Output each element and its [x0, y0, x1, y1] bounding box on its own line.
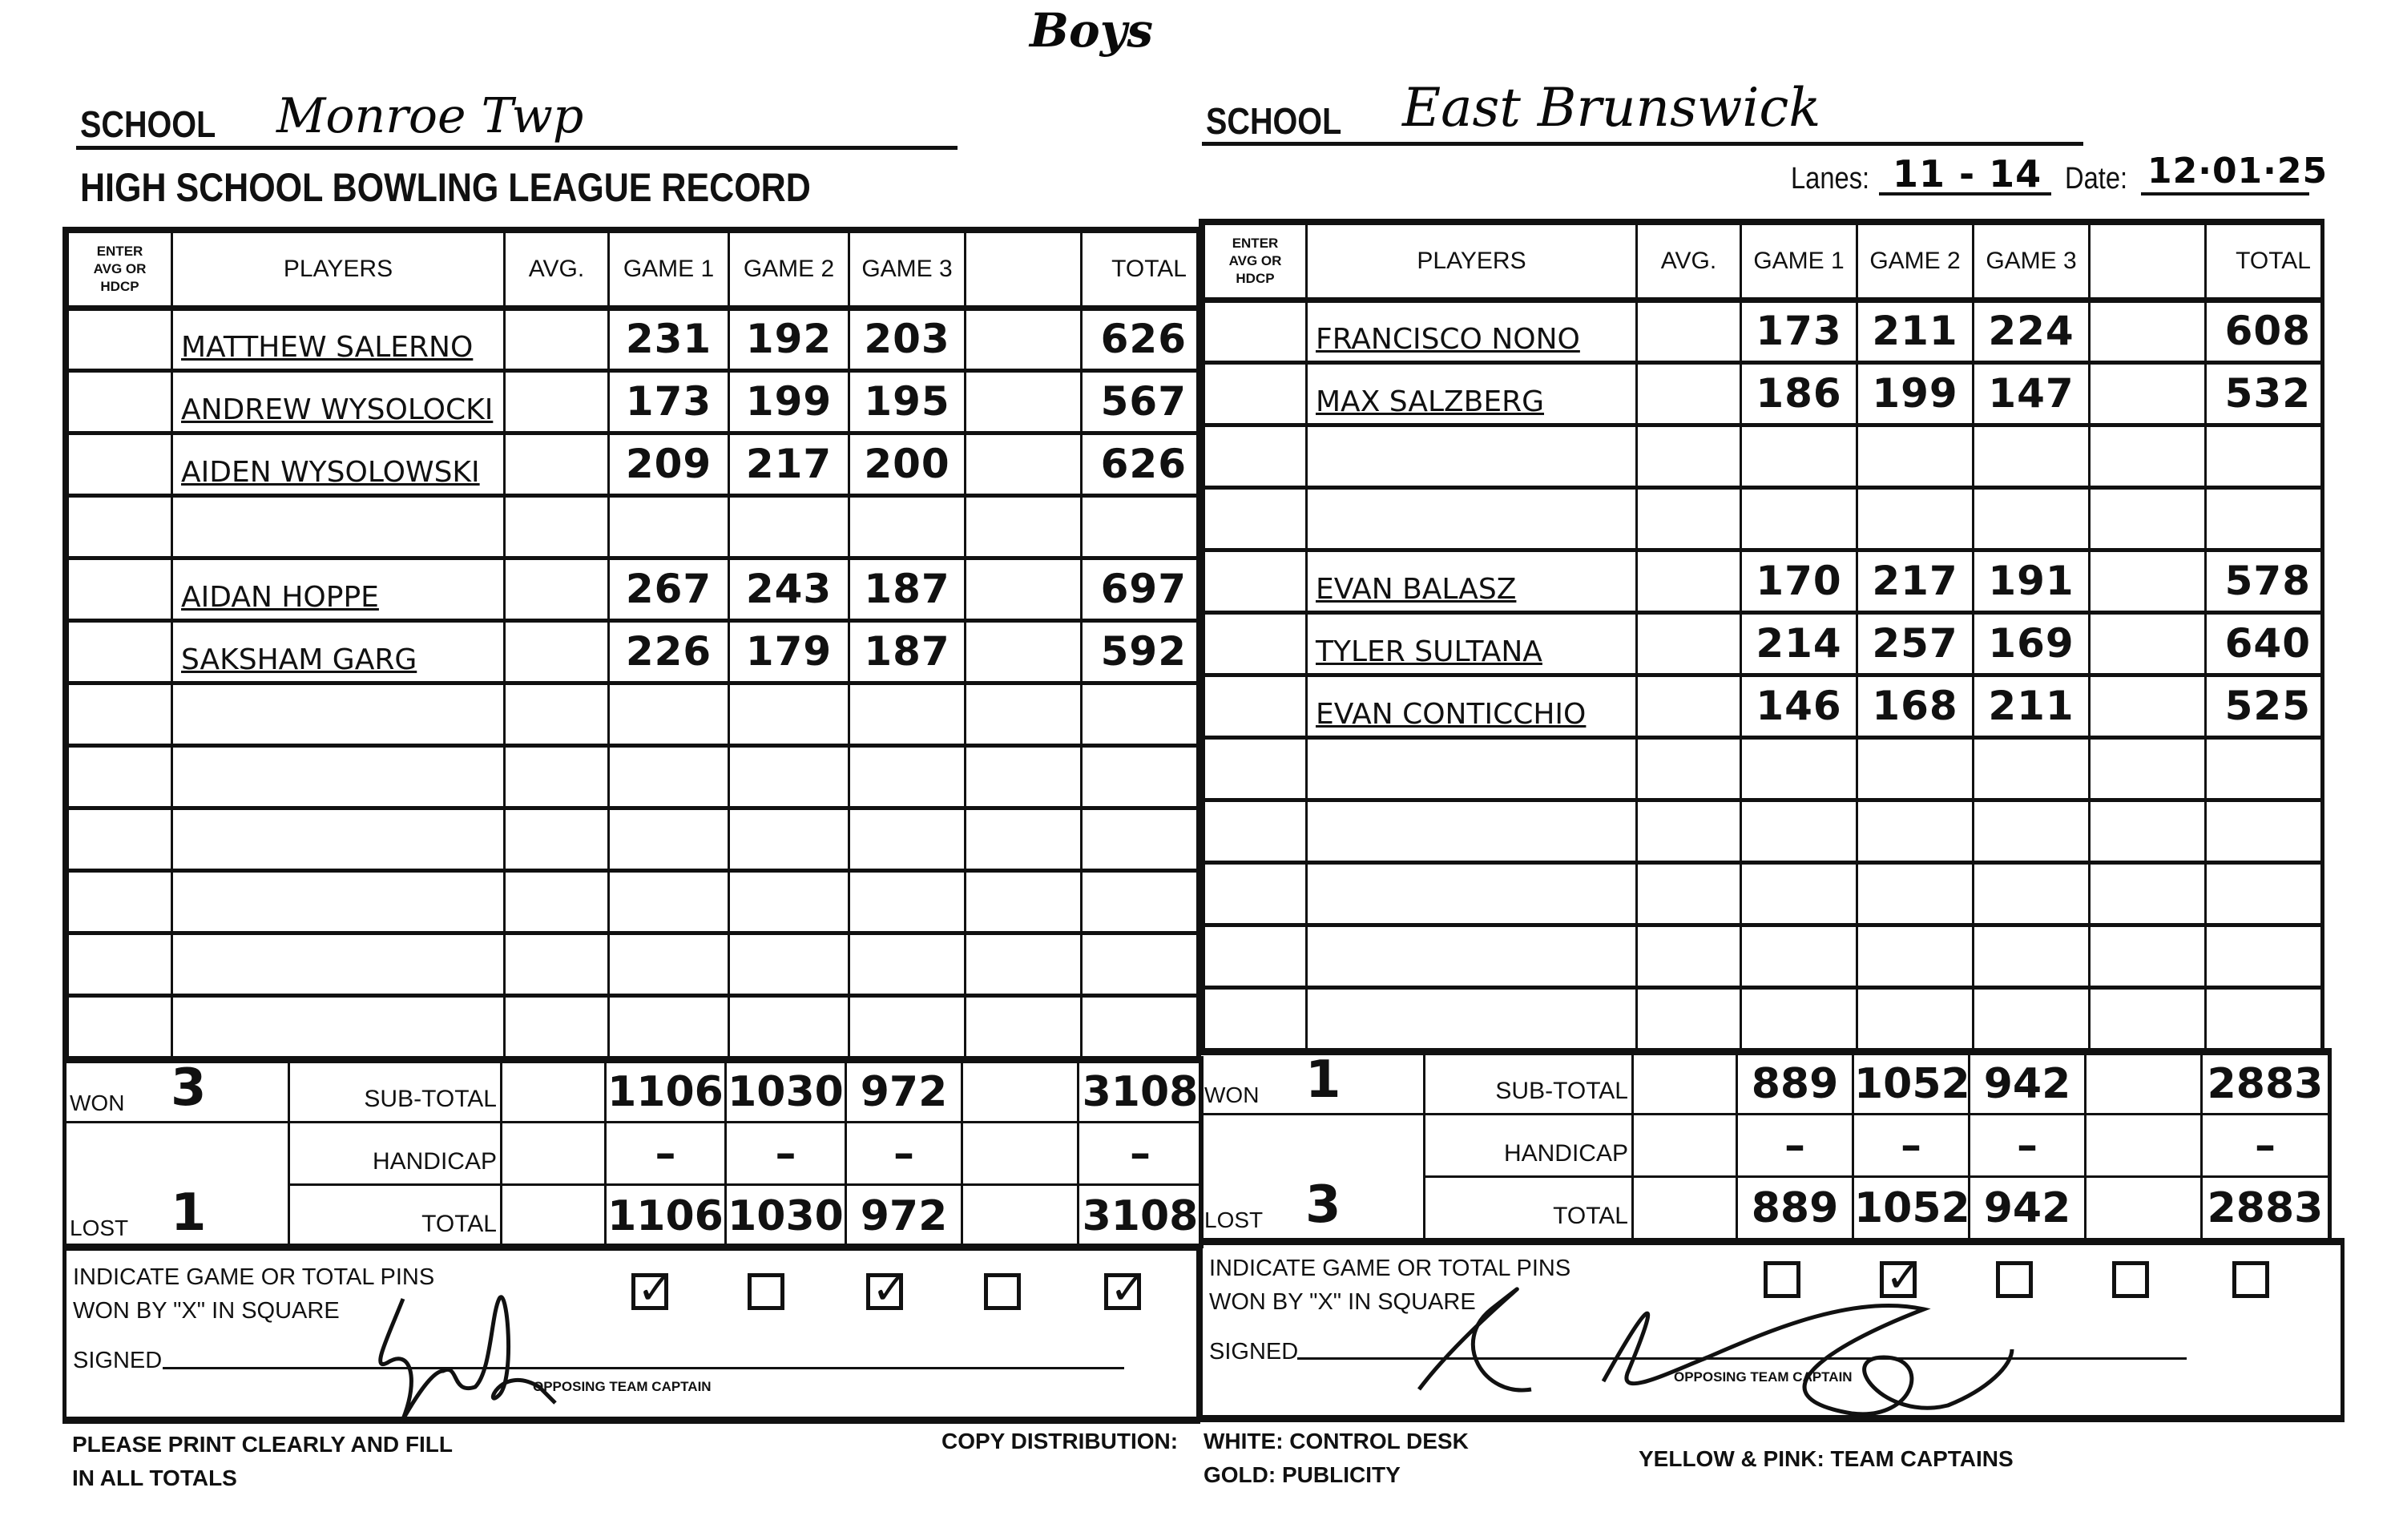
check-mark-icon: ✓ — [1885, 1256, 1921, 1299]
won-checkbox[interactable]: ✓ — [1880, 1261, 1917, 1298]
player-name[interactable] — [1307, 425, 1637, 488]
player-game1[interactable] — [1741, 988, 1857, 1050]
total-avg — [502, 1185, 606, 1248]
won-checkbox[interactable]: ✓ — [866, 1273, 903, 1310]
home-school-label: SCHOOL — [80, 103, 216, 146]
player-total[interactable] — [1082, 996, 1198, 1058]
col-game2: GAME 2 — [729, 232, 849, 308]
player-row: EVAN BALASZ170217191578 — [1204, 550, 2322, 613]
player-game1[interactable]: 170 — [1741, 550, 1857, 613]
player-name[interactable] — [172, 933, 505, 996]
player-total[interactable]: 532 — [2206, 363, 2322, 425]
player-row — [68, 808, 1198, 871]
col-game1: GAME 1 — [1741, 224, 1857, 300]
player-game1[interactable] — [1741, 863, 1857, 925]
away-subtotal-g1[interactable]: 889 — [1737, 1052, 1853, 1115]
player-total[interactable]: 567 — [1082, 371, 1198, 433]
blank-cell[interactable] — [2090, 988, 2206, 1050]
player-row — [68, 996, 1198, 1058]
player-total[interactable]: 626 — [1082, 433, 1198, 496]
handicap-blank — [962, 1123, 1079, 1185]
enter-avg-cell[interactable] — [68, 308, 172, 371]
player-avg[interactable] — [505, 933, 609, 996]
player-game1[interactable] — [609, 808, 729, 871]
enter-avg-cell[interactable] — [1204, 863, 1307, 925]
player-total[interactable]: 626 — [1082, 308, 1198, 371]
player-game1[interactable]: 173 — [1741, 300, 1857, 363]
home-summary-table: WON3 SUB-TOTAL 1106 1030 972 3108 LOST1 … — [62, 1056, 1204, 1248]
subtotal-avg — [1633, 1052, 1737, 1115]
player-name[interactable] — [1307, 925, 1637, 988]
player-game2[interactable]: 168 — [1857, 675, 1974, 738]
player-total[interactable]: 640 — [2206, 613, 2322, 675]
away-lost-value: 3 — [1305, 1175, 1341, 1235]
total-blank — [2086, 1177, 2202, 1240]
player-name[interactable] — [172, 996, 505, 1058]
player-game3[interactable]: 203 — [849, 308, 966, 371]
away-grid: ENTERAVG ORHDCP PLAYERS AVG. GAME 1 GAME… — [1203, 223, 2323, 1052]
home-handicap-total[interactable]: – — [1079, 1123, 1203, 1185]
enter-avg-cell[interactable] — [68, 871, 172, 933]
player-name[interactable]: EVAN CONTICCHIO — [1307, 675, 1637, 738]
player-avg[interactable] — [505, 808, 609, 871]
player-game1[interactable]: 173 — [609, 371, 729, 433]
home-signature-box: INDICATE GAME OR TOTAL PINS WON BY "X" I… — [62, 1244, 1200, 1424]
player-avg[interactable] — [505, 996, 609, 1058]
check-mark-icon: ✓ — [637, 1268, 673, 1311]
home-total-g3[interactable]: 972 — [846, 1185, 962, 1248]
enter-avg-cell[interactable] — [1204, 675, 1307, 738]
away-summary-table: WON1 SUB-TOTAL 889 1052 942 2883 LOST3 H… — [1199, 1048, 2332, 1240]
enter-avg-cell[interactable] — [68, 371, 172, 433]
home-subtotal-g2[interactable]: 1030 — [726, 1060, 846, 1123]
player-game3[interactable] — [1974, 488, 2090, 550]
subtotal-label: SUB-TOTAL — [1425, 1052, 1633, 1115]
player-game1[interactable] — [1741, 800, 1857, 863]
player-row — [68, 933, 1198, 996]
player-name[interactable] — [172, 808, 505, 871]
subtotal-label: SUB-TOTAL — [289, 1060, 502, 1123]
player-game3[interactable] — [849, 808, 966, 871]
player-game3[interactable] — [1974, 425, 2090, 488]
player-game3[interactable]: 195 — [849, 371, 966, 433]
player-row — [1204, 738, 2322, 800]
away-subtotal-total[interactable]: 2883 — [2202, 1052, 2330, 1115]
player-row: MATTHEW SALERNO231192203626 — [68, 308, 1198, 371]
player-game2[interactable]: 211 — [1857, 300, 1974, 363]
player-total[interactable]: 525 — [2206, 675, 2322, 738]
check-mark-icon: ✓ — [872, 1268, 908, 1311]
col-players: PLAYERS — [172, 232, 505, 308]
home-school-value: Monroe Twp — [276, 88, 583, 144]
subtotal-blank — [962, 1060, 1079, 1123]
player-game3[interactable]: 211 — [1974, 675, 2090, 738]
enter-avg-cell[interactable] — [68, 433, 172, 496]
won-checkbox[interactable] — [2112, 1261, 2149, 1298]
player-game2[interactable]: 217 — [729, 433, 849, 496]
player-game3[interactable]: 187 — [849, 558, 966, 621]
player-game3[interactable] — [849, 996, 966, 1058]
blank-cell[interactable] — [966, 308, 1082, 371]
player-total[interactable] — [2206, 800, 2322, 863]
player-total[interactable]: 697 — [1082, 558, 1198, 621]
player-avg[interactable] — [1637, 988, 1741, 1050]
won-checkbox[interactable] — [984, 1273, 1021, 1310]
player-game1[interactable]: 231 — [609, 308, 729, 371]
away-handicap-total[interactable]: – — [2202, 1115, 2330, 1177]
player-row: SAKSHAM GARG226179187592 — [68, 621, 1198, 683]
enter-avg-cell[interactable] — [68, 996, 172, 1058]
player-game2[interactable] — [1857, 488, 1974, 550]
enter-avg-cell[interactable] — [1204, 800, 1307, 863]
enter-avg-cell[interactable] — [68, 621, 172, 683]
player-name[interactable]: MAX SALZBERG — [1307, 363, 1637, 425]
player-game3[interactable]: 191 — [1974, 550, 2090, 613]
copy-gold: GOLD: PUBLICITY — [1204, 1458, 1469, 1492]
away-total-g2[interactable]: 1052 — [1853, 1177, 1970, 1240]
enter-avg-cell[interactable] — [68, 683, 172, 746]
total-blank — [962, 1185, 1079, 1248]
player-avg[interactable] — [1637, 675, 1741, 738]
subtotal-avg — [502, 1060, 606, 1123]
player-avg[interactable] — [1637, 738, 1741, 800]
away-handicap-g1[interactable]: – — [1737, 1115, 1853, 1177]
player-game2[interactable] — [729, 746, 849, 808]
player-game2[interactable] — [1857, 863, 1974, 925]
player-game3[interactable]: 147 — [1974, 363, 2090, 425]
home-handicap-g1[interactable]: – — [606, 1123, 726, 1185]
player-avg[interactable] — [1637, 800, 1741, 863]
won-checkbox[interactable]: ✓ — [631, 1273, 668, 1310]
blank-cell[interactable] — [2090, 488, 2206, 550]
player-name[interactable]: ANDREW WYSOLOCKI — [172, 371, 505, 433]
player-avg[interactable] — [505, 308, 609, 371]
player-game2[interactable] — [1857, 925, 1974, 988]
away-handicap-g2[interactable]: – — [1853, 1115, 1970, 1177]
player-game1[interactable]: 146 — [1741, 675, 1857, 738]
away-total-g1[interactable]: 889 — [1737, 1177, 1853, 1240]
player-game2[interactable]: 192 — [729, 308, 849, 371]
player-game1[interactable] — [609, 996, 729, 1058]
enter-avg-cell[interactable] — [68, 933, 172, 996]
player-game2[interactable]: 243 — [729, 558, 849, 621]
date-value: 12·01·25 — [2147, 151, 2328, 191]
col-players: PLAYERS — [1307, 224, 1637, 300]
away-total-g3[interactable]: 942 — [1970, 1177, 2086, 1240]
player-game2[interactable] — [1857, 988, 1974, 1050]
player-total[interactable]: 578 — [2206, 550, 2322, 613]
won-checkbox[interactable] — [1764, 1261, 1800, 1298]
player-avg[interactable] — [505, 746, 609, 808]
player-name[interactable] — [1307, 863, 1637, 925]
player-avg[interactable] — [505, 496, 609, 558]
player-game1[interactable] — [609, 746, 729, 808]
player-game2[interactable]: 257 — [1857, 613, 1974, 675]
player-name[interactable]: EVAN BALASZ — [1307, 550, 1637, 613]
blank-cell[interactable] — [966, 746, 1082, 808]
away-won-value: 1 — [1305, 1052, 1341, 1111]
player-name[interactable] — [1307, 738, 1637, 800]
player-avg[interactable] — [505, 433, 609, 496]
col-game2: GAME 2 — [1857, 224, 1974, 300]
enter-avg-cell[interactable] — [1204, 363, 1307, 425]
blank-cell[interactable] — [2090, 550, 2206, 613]
player-avg[interactable] — [1637, 363, 1741, 425]
player-game3[interactable] — [849, 496, 966, 558]
player-game2[interactable] — [729, 933, 849, 996]
player-row — [1204, 925, 2322, 988]
home-subtotal-g1[interactable]: 1106 — [606, 1060, 726, 1123]
blank-cell[interactable] — [966, 683, 1082, 746]
home-subtotal-total[interactable]: 3108 — [1079, 1060, 1203, 1123]
player-game1[interactable] — [1741, 925, 1857, 988]
player-total[interactable] — [1082, 683, 1198, 746]
signed-label: SIGNED — [73, 1344, 162, 1377]
enter-avg-cell[interactable] — [68, 496, 172, 558]
player-game3[interactable] — [849, 683, 966, 746]
player-avg[interactable] — [505, 683, 609, 746]
player-game3[interactable]: 224 — [1974, 300, 2090, 363]
away-subtotal-g3[interactable]: 942 — [1970, 1052, 2086, 1115]
player-game1[interactable]: 226 — [609, 621, 729, 683]
player-total[interactable] — [1082, 496, 1198, 558]
blank-cell[interactable] — [966, 558, 1082, 621]
player-game2[interactable] — [1857, 738, 1974, 800]
lanes-label: Lanes: — [1791, 162, 1869, 196]
player-game1[interactable]: 267 — [609, 558, 729, 621]
blank-cell[interactable] — [2090, 675, 2206, 738]
player-game1[interactable] — [609, 496, 729, 558]
date-label: Date: — [2065, 162, 2127, 196]
player-total[interactable]: 608 — [2206, 300, 2322, 363]
col-blank — [966, 232, 1082, 308]
player-game2[interactable] — [729, 808, 849, 871]
blank-cell[interactable] — [2090, 800, 2206, 863]
blank-cell[interactable] — [966, 433, 1082, 496]
player-game3[interactable] — [1974, 925, 2090, 988]
player-game1[interactable] — [1741, 425, 1857, 488]
player-game2[interactable] — [729, 871, 849, 933]
player-name[interactable] — [1307, 488, 1637, 550]
player-game3[interactable]: 169 — [1974, 613, 2090, 675]
player-name[interactable]: SAKSHAM GARG — [172, 621, 505, 683]
won-checkbox[interactable] — [748, 1273, 784, 1310]
player-avg[interactable] — [1637, 863, 1741, 925]
total-avg — [1633, 1177, 1737, 1240]
blank-cell[interactable] — [2090, 425, 2206, 488]
won-checkbox[interactable] — [2232, 1261, 2269, 1298]
blank-cell[interactable] — [966, 808, 1082, 871]
player-game1[interactable]: 214 — [1741, 613, 1857, 675]
player-total[interactable] — [2206, 738, 2322, 800]
blank-cell[interactable] — [2090, 925, 2206, 988]
player-row: EVAN CONTICCHIO146168211525 — [1204, 675, 2322, 738]
away-player-rows: FRANCISCO NONO173211224608MAX SALZBERG18… — [1204, 300, 2322, 1050]
player-game2[interactable]: 217 — [1857, 550, 1974, 613]
home-total-g1[interactable]: 1106 — [606, 1185, 726, 1248]
player-name[interactable]: TYLER SULTANA — [1307, 613, 1637, 675]
player-game1[interactable] — [609, 933, 729, 996]
player-game2[interactable] — [1857, 425, 1974, 488]
enter-avg-cell[interactable] — [1204, 550, 1307, 613]
signed-label: SIGNED — [1209, 1335, 1298, 1369]
home-total-g2[interactable]: 1030 — [726, 1185, 846, 1248]
enter-avg-cell[interactable] — [68, 808, 172, 871]
player-row — [68, 683, 1198, 746]
player-game2[interactable]: 199 — [729, 371, 849, 433]
player-row: AIDAN HOPPE267243187697 — [68, 558, 1198, 621]
col-game3: GAME 3 — [1974, 224, 2090, 300]
blank-cell[interactable] — [966, 996, 1082, 1058]
enter-avg-cell[interactable] — [1204, 613, 1307, 675]
player-total[interactable] — [1082, 746, 1198, 808]
blank-cell[interactable] — [966, 933, 1082, 996]
player-avg[interactable] — [505, 558, 609, 621]
enter-avg-cell[interactable] — [1204, 738, 1307, 800]
enter-avg-cell[interactable] — [1204, 300, 1307, 363]
player-total[interactable] — [1082, 933, 1198, 996]
player-avg[interactable] — [505, 371, 609, 433]
player-game1[interactable] — [609, 683, 729, 746]
print-note-line-1: PLEASE PRINT CLEARLY AND FILL — [72, 1428, 453, 1461]
player-avg[interactable] — [1637, 550, 1741, 613]
handicap-label: HANDICAP — [1425, 1115, 1633, 1177]
player-name[interactable]: MATTHEW SALERNO — [172, 308, 505, 371]
player-total[interactable] — [1082, 808, 1198, 871]
blank-cell[interactable] — [2090, 738, 2206, 800]
blank-cell[interactable] — [966, 871, 1082, 933]
player-game1[interactable]: 186 — [1741, 363, 1857, 425]
enter-avg-cell[interactable] — [1204, 925, 1307, 988]
player-avg[interactable] — [1637, 425, 1741, 488]
player-row — [68, 746, 1198, 808]
blank-cell[interactable] — [2090, 863, 2206, 925]
handicap-avg — [502, 1123, 606, 1185]
col-enter-avg-hdcp: ENTERAVG ORHDCP — [1204, 224, 1307, 300]
col-enter-avg-hdcp: ENTERAVG ORHDCP — [68, 232, 172, 308]
player-game3[interactable] — [1974, 800, 2090, 863]
away-signature-box: INDICATE GAME OR TOTAL PINS WON BY "X" I… — [1199, 1238, 2345, 1422]
player-total[interactable]: 592 — [1082, 621, 1198, 683]
player-game3[interactable] — [849, 871, 966, 933]
away-handicap-g3[interactable]: – — [1970, 1115, 2086, 1177]
copy-distribution-label: COPY DISTRIBUTION: — [941, 1425, 1178, 1458]
blank-cell[interactable] — [966, 496, 1082, 558]
col-total: TOTAL — [1082, 232, 1198, 308]
won-checkbox[interactable] — [1996, 1261, 2033, 1298]
enter-avg-cell[interactable] — [1204, 488, 1307, 550]
player-avg[interactable] — [1637, 300, 1741, 363]
player-row: AIDEN WYSOLOWSKI209217200626 — [68, 433, 1198, 496]
player-name[interactable] — [1307, 800, 1637, 863]
player-game3[interactable]: 200 — [849, 433, 966, 496]
player-avg[interactable] — [1637, 925, 1741, 988]
player-total[interactable] — [1082, 871, 1198, 933]
player-row: TYLER SULTANA214257169640 — [1204, 613, 2322, 675]
col-blank — [2090, 224, 2206, 300]
player-game2[interactable] — [729, 496, 849, 558]
player-game3[interactable] — [849, 933, 966, 996]
player-game3[interactable] — [849, 746, 966, 808]
lanes-value: 11 - 14 — [1893, 152, 2042, 196]
enter-avg-cell[interactable] — [68, 746, 172, 808]
player-total[interactable] — [2206, 863, 2322, 925]
player-total[interactable] — [2206, 488, 2322, 550]
player-total[interactable] — [2206, 925, 2322, 988]
enter-avg-cell[interactable] — [1204, 988, 1307, 1050]
player-game1[interactable] — [1741, 738, 1857, 800]
away-total-total[interactable]: 2883 — [2202, 1177, 2330, 1240]
player-row — [1204, 425, 2322, 488]
home-total-total[interactable]: 3108 — [1079, 1185, 1203, 1248]
player-name[interactable] — [172, 496, 505, 558]
home-won: WON3 — [65, 1060, 289, 1123]
player-row — [1204, 800, 2322, 863]
away-score-table: ENTERAVG ORHDCP PLAYERS AVG. GAME 1 GAME… — [1199, 219, 2324, 1054]
blank-cell[interactable] — [966, 371, 1082, 433]
player-avg[interactable] — [1637, 488, 1741, 550]
player-game2[interactable]: 199 — [1857, 363, 1974, 425]
player-total[interactable] — [2206, 988, 2322, 1050]
player-name[interactable]: AIDAN HOPPE — [172, 558, 505, 621]
player-game1[interactable] — [1741, 488, 1857, 550]
blank-cell[interactable] — [2090, 363, 2206, 425]
form-title: HIGH SCHOOL BOWLING LEAGUE RECORD — [80, 164, 811, 211]
home-lost-value: 1 — [171, 1183, 207, 1243]
player-total[interactable] — [2206, 425, 2322, 488]
player-row — [68, 496, 1198, 558]
blank-cell[interactable] — [2090, 613, 2206, 675]
blank-cell[interactable] — [966, 621, 1082, 683]
player-name[interactable] — [172, 871, 505, 933]
player-game2[interactable] — [1857, 800, 1974, 863]
home-handicap-g3[interactable]: – — [846, 1123, 962, 1185]
won-checkbox[interactable]: ✓ — [1104, 1273, 1141, 1310]
enter-avg-cell[interactable] — [68, 558, 172, 621]
division-note: Boys — [1030, 3, 1153, 58]
player-name[interactable] — [172, 746, 505, 808]
player-game3[interactable] — [1974, 863, 2090, 925]
handicap-avg — [1633, 1115, 1737, 1177]
away-subtotal-g2[interactable]: 1052 — [1853, 1052, 1970, 1115]
home-player-rows: MATTHEW SALERNO231192203626ANDREW WYSOLO… — [68, 308, 1198, 1058]
home-summary: WON3 SUB-TOTAL 1106 1030 972 3108 LOST1 … — [62, 1056, 1200, 1248]
home-handicap-g2[interactable]: – — [726, 1123, 846, 1185]
player-game3[interactable] — [1974, 988, 2090, 1050]
player-game1[interactable]: 209 — [609, 433, 729, 496]
player-avg[interactable] — [1637, 613, 1741, 675]
home-subtotal-g3[interactable]: 972 — [846, 1060, 962, 1123]
player-avg[interactable] — [505, 621, 609, 683]
player-game3[interactable]: 187 — [849, 621, 966, 683]
blank-cell[interactable] — [2090, 300, 2206, 363]
player-name[interactable]: AIDEN WYSOLOWSKI — [172, 433, 505, 496]
player-game2[interactable]: 179 — [729, 621, 849, 683]
player-game2[interactable] — [729, 683, 849, 746]
player-name[interactable] — [172, 683, 505, 746]
player-game1[interactable] — [609, 871, 729, 933]
player-name[interactable] — [1307, 988, 1637, 1050]
col-total: TOTAL — [2206, 224, 2322, 300]
player-game2[interactable] — [729, 996, 849, 1058]
player-avg[interactable] — [505, 871, 609, 933]
player-game3[interactable] — [1974, 738, 2090, 800]
player-name[interactable]: FRANCISCO NONO — [1307, 300, 1637, 363]
col-avg: AVG. — [505, 232, 609, 308]
home-grid: ENTERAVG ORHDCP PLAYERS AVG. GAME 1 GAME… — [67, 231, 1199, 1060]
enter-avg-cell[interactable] — [1204, 425, 1307, 488]
away-lost: LOST3 — [1200, 1115, 1425, 1240]
